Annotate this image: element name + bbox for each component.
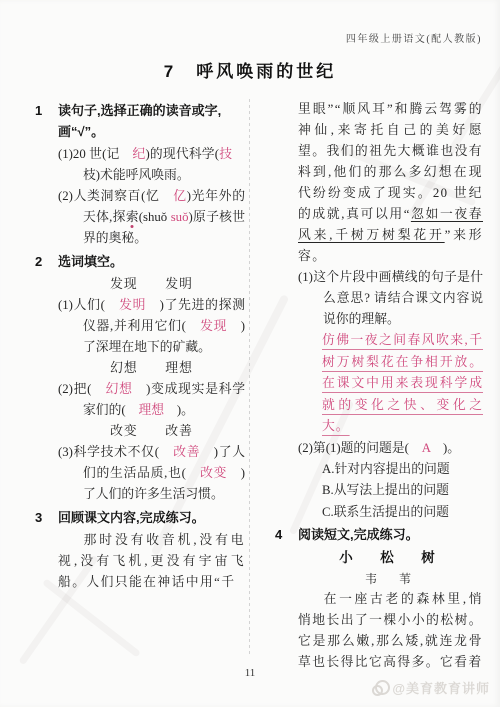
reading-passage-continued: 里眼”“顺风耳”和腾云驾雾的神仙,来寄托自己的美好愿望。我们的祖先大概谁也没有料… xyxy=(298,99,483,267)
question-2-stem-text: 选词填空。 xyxy=(58,251,245,272)
option-c: C.联系生活提出的问题 xyxy=(322,502,483,524)
question-1: 1 读句子,选择正确的读音或字,画“√”。 (1)20 世(记 纪)的现代科学(… xyxy=(35,100,245,249)
watermark-credit-text: @美育教育讲师 xyxy=(392,678,490,697)
word-bank-1: 发现 发明 xyxy=(58,274,245,295)
question-2-number: 2 xyxy=(35,251,58,272)
question-2-item-2: (2)把( 幻想 )变成现实是科学家们的( 理想 )。 xyxy=(58,379,245,421)
question-3-item-1-prompt: (1)这个片段中画横线的句子是什么意思? 请结合课文内容说说你的理解。 xyxy=(298,267,483,330)
question-3-stem: 3 回顾课文内容,完成练习。 xyxy=(35,507,245,528)
watermark-logo-icon xyxy=(375,680,390,695)
question-3: 3 回顾课文内容,完成练习。 那时没有收音机,没有电视,没有飞机,更没有宇宙飞船… xyxy=(35,507,245,593)
question-2-item-1: (1)人们( 发明 )了先进的探测仪器,并利用它们( 发现 )了深埋在地下的矿藏… xyxy=(58,295,245,358)
question-1-number: 1 xyxy=(35,100,58,142)
question-1-item-2: (2)人类洞察百(忆 亿)光年外的天体,探索(shuǒ suǒ)原子核世界的奥秘… xyxy=(58,186,245,249)
story-title: 小 松 树 xyxy=(298,547,483,569)
question-3-item-2-prompt: (2)第(1)题的问题是( A )。 xyxy=(298,438,483,459)
left-column: 1 读句子,选择正确的读音或字,画“√”。 (1)20 世(记 纪)的现代科学(… xyxy=(35,99,245,675)
option-a: A.针对内容提出的问题 xyxy=(322,459,483,481)
story-passage: 在一座古老的森林里,悄悄地长出了一棵小小的松树。它是那么嫩,那么矮,就连龙骨草也… xyxy=(298,589,483,673)
question-2: 2 选词填空。 发现 发明 (1)人们( 发明 )了先进的探测仪器,并利用它们(… xyxy=(35,251,245,505)
question-1-stem-text: 读句子,选择正确的读音或字,画“√”。 xyxy=(58,100,245,142)
reading-passage-left: 那时没有收音机,没有电视,没有飞机,更没有宇宙飞船。人们只能在神话中用“千 xyxy=(58,530,245,593)
watermark-credit: @美育教育讲师 xyxy=(375,678,490,697)
story-author: 韦 苇 xyxy=(298,569,483,589)
question-4-number: 4 xyxy=(275,524,298,545)
content-columns: 1 读句子,选择正确的读音或字,画“√”。 (1)20 世(记 纪)的现代科学(… xyxy=(35,99,483,675)
option-b: B.从写法上提出的问题 xyxy=(322,480,483,502)
question-2-stem: 2 选词填空。 xyxy=(35,251,245,272)
word-bank-3: 改变 改善 xyxy=(58,421,245,442)
question-1-stem: 1 读句子,选择正确的读音或字,画“√”。 xyxy=(35,100,245,142)
question-3-item-1-answer: 仿佛一夜之间春风吹来,千树万树梨花在争相开放。在课文中用来表现科学成就的变化之快… xyxy=(322,330,483,438)
question-4: 4 阅读短文,完成练习。 小 松 树 韦 苇 在一座古老的森林里,悄悄地长出了一… xyxy=(275,524,483,673)
question-2-item-3: (3)科学技术不仅( 改善 )了人们的生活品质,也( 改变 )了人们的许多生活习… xyxy=(58,442,245,505)
word-bank-2: 幻想 理想 xyxy=(58,358,245,379)
edition-label: 四年级上册语文(配人教版) xyxy=(346,30,482,45)
question-4-stem: 4 阅读短文,完成练习。 xyxy=(275,524,483,545)
right-column: 里眼”“顺风耳”和腾云驾雾的神仙,来寄托自己的美好愿望。我们的祖先大概谁也没有料… xyxy=(275,99,483,675)
question-1-item-1: (1)20 世(记 纪)的现代科学(技 枝)术能呼风唤雨。 xyxy=(58,144,245,186)
question-4-stem-text: 阅读短文,完成练习。 xyxy=(298,524,483,545)
lesson-title: 7 呼风唤雨的世纪 xyxy=(0,57,500,82)
workbook-page: 四年级上册语文(配人教版) 7 呼风唤雨的世纪 1 读句子,选择正确的读音或字,… xyxy=(0,0,500,707)
question-3-stem-text: 回顾课文内容,完成练习。 xyxy=(58,507,245,528)
question-3-number: 3 xyxy=(35,507,58,528)
